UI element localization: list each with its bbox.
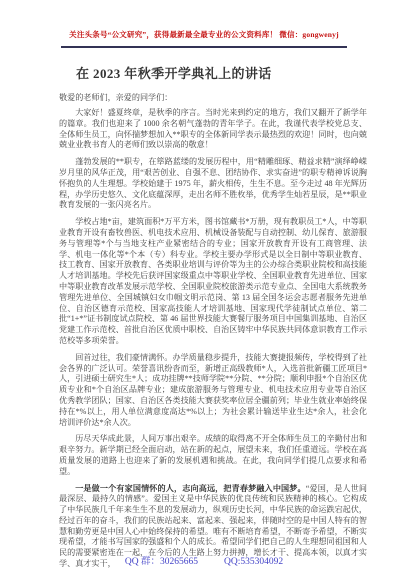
qq-group-label: QQ 群： [125, 557, 160, 567]
paragraph-bold-lead: 一是做一个有家国情怀的人，志向高远，把青春梦融入中国梦。 [75, 484, 306, 493]
paragraph: 学校占地*亩，建筑面积*万平方米，图书馆藏书*万册，现有教职员工*人，中等职业教… [59, 217, 367, 347]
paragraph: 大家好！盛夏终章，是秋季的序言。当时光来到约定的地方，我们又翻开了新学年的篇章。… [59, 108, 367, 151]
qq-label: QQ: [224, 557, 240, 567]
promo-header-notice: 关注头条号“公文研究”，获得最新最全最专业的公文资料库！ 微信：gongweny… [69, 30, 339, 39]
paragraph: 回首过往，我们豪情满怀。办学质量稳步提升，技能大赛捷报频传，学校得到了社会各界的… [59, 353, 367, 429]
document-paragraphs: 大家好！盛夏终章，是秋季的序言。当时光来到约定的地方，我们又翻开了新学年的篇章。… [59, 108, 367, 570]
paragraph: 蓬勃发展的**职专，在筚路蓝缕的发展历程中，用“精雕细琢、精益求精”演绎峥嵘岁月… [59, 157, 367, 211]
salutation: 敬爱的老师们，亲爱的同学们： [59, 92, 367, 103]
document-page: 关注头条号“公文研究”，获得最新最全最专业的公文资料库！ 微信：gongweny… [0, 0, 408, 580]
qq-group-number: 30265665 [160, 557, 198, 567]
qq-number: 535304092 [240, 557, 283, 567]
document-content: 在 2023 年秋季开学典礼上的讲话 敬爱的老师们，亲爱的同学们： 大家好！盛夏… [59, 63, 367, 576]
document-title: 在 2023 年秋季开学典礼上的讲话 [59, 63, 367, 82]
paragraph: 历尽天华成此景，人间万事出艰辛。成绩的取得离不开全体师生员工的辛勤付出和艰辛努力… [59, 434, 367, 477]
promo-header: 关注头条号“公文研究”，获得最新最全最专业的公文资料库！ 微信：gongweny… [61, 24, 347, 48]
promo-footer: QQ 群：30265665QQ:535304092 [0, 553, 408, 567]
